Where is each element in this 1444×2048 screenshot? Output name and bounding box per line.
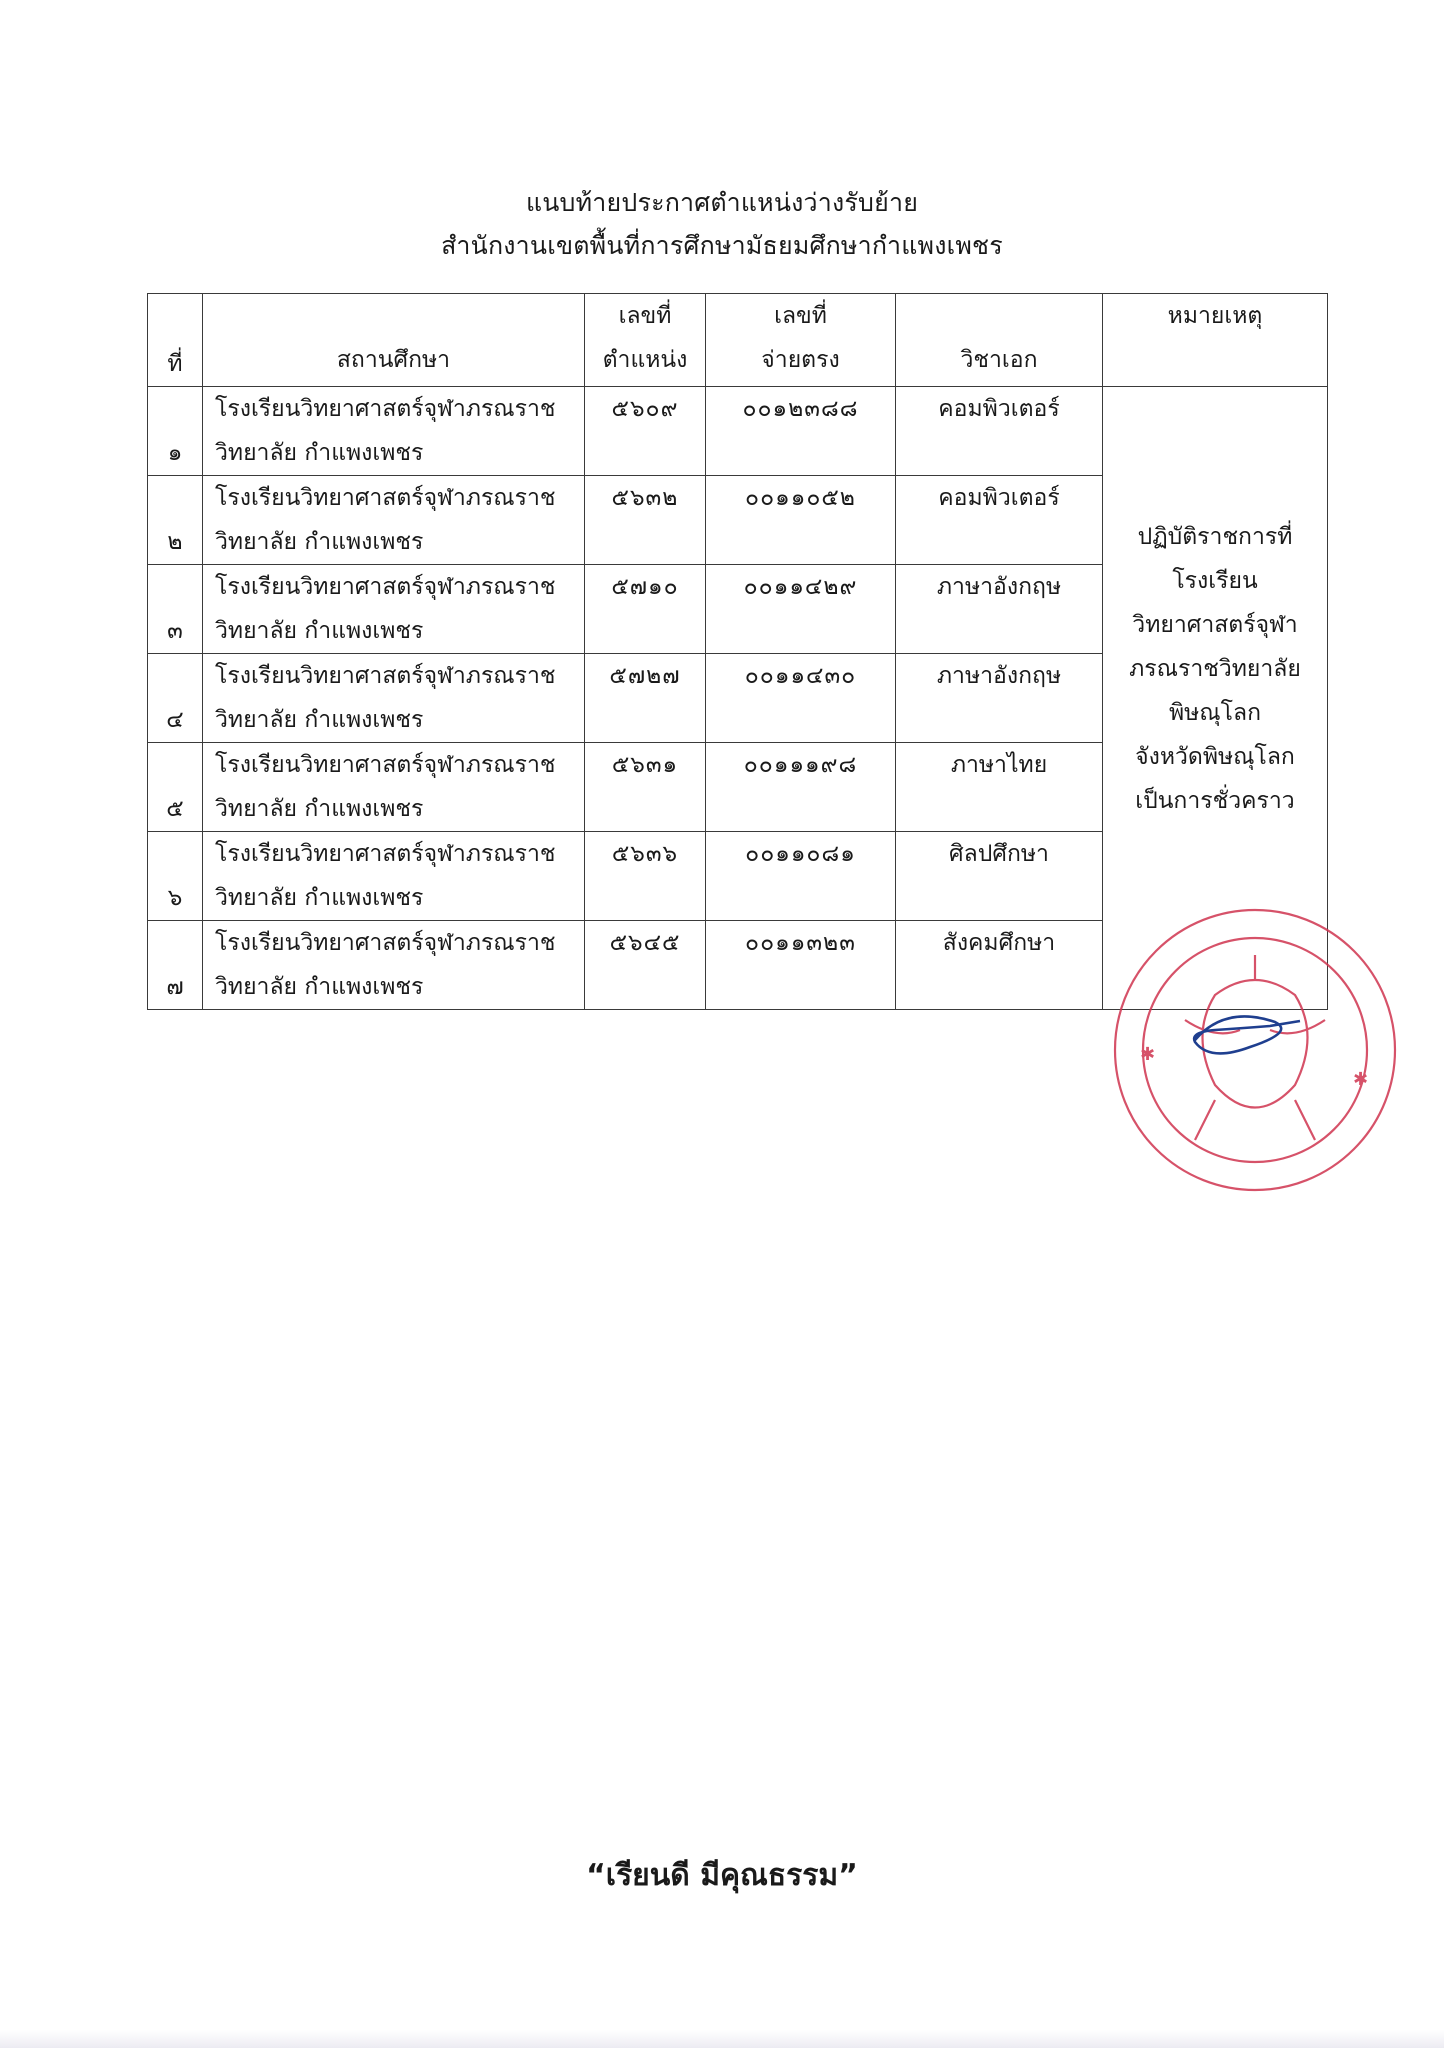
- position-number: ๕๖๓๖: [585, 832, 706, 921]
- position-number: ๕๗๑๐: [585, 565, 706, 654]
- remark-line: พิษณุโลก: [1103, 691, 1327, 735]
- remark-line: โรงเรียน: [1103, 559, 1327, 603]
- remark-line: จังหวัดพิษณุโลก: [1103, 735, 1327, 779]
- table-row: ๑โรงเรียนวิทยาศาสตร์จุฬาภรณราชวิทยาลัย ก…: [148, 387, 1328, 476]
- header-school: สถานศึกษา: [203, 294, 585, 387]
- document-subtitle: สำนักงานเขตพื้นที่การศึกษามัธยมศึกษากำแพ…: [0, 226, 1444, 266]
- payment-number: ๐๐๑๑๐๕๒: [706, 476, 896, 565]
- school-cell: โรงเรียนวิทยาศาสตร์จุฬาภรณราชวิทยาลัย กำ…: [203, 387, 585, 476]
- major-cell: ภาษาไทย: [896, 743, 1103, 832]
- school-cell: โรงเรียนวิทยาศาสตร์จุฬาภรณราชวิทยาลัย กำ…: [203, 654, 585, 743]
- school-cell: โรงเรียนวิทยาศาสตร์จุฬาภรณราชวิทยาลัย กำ…: [203, 565, 585, 654]
- row-number: ๔: [148, 654, 203, 743]
- payment-number: ๐๐๑๑๔๒๙: [706, 565, 896, 654]
- payment-number: ๐๐๑๑๔๓๐: [706, 654, 896, 743]
- header-no: ที่: [148, 294, 203, 387]
- major-cell: ศิลปศึกษา: [896, 832, 1103, 921]
- remark-line: เป็นการชั่วคราว: [1103, 779, 1327, 823]
- school-cell: โรงเรียนวิทยาศาสตร์จุฬาภรณราชวิทยาลัย กำ…: [203, 921, 585, 1010]
- payment-number: ๐๐๑๑๓๒๓: [706, 921, 896, 1010]
- position-number: ๕๖๐๙: [585, 387, 706, 476]
- row-number: ๒: [148, 476, 203, 565]
- row-number: ๓: [148, 565, 203, 654]
- vacancy-table: ที่ สถานศึกษา เลขที่ตำแหน่ง เลขที่จ่ายตร…: [147, 293, 1328, 1010]
- header-major: วิชาเอก: [896, 294, 1103, 387]
- row-number: ๖: [148, 832, 203, 921]
- row-number: ๕: [148, 743, 203, 832]
- remark-line: ปฏิบัติราชการที่: [1103, 515, 1327, 559]
- major-cell: สังคมศึกษา: [896, 921, 1103, 1010]
- payment-number: ๐๐๑๑๐๘๑: [706, 832, 896, 921]
- row-number: ๑: [148, 387, 203, 476]
- major-cell: คอมพิวเตอร์: [896, 387, 1103, 476]
- major-cell: ภาษาอังกฤษ: [896, 654, 1103, 743]
- table-header-row: ที่ สถานศึกษา เลขที่ตำแหน่ง เลขที่จ่ายตร…: [148, 294, 1328, 387]
- major-cell: ภาษาอังกฤษ: [896, 565, 1103, 654]
- document-title: แนบท้ายประกาศตำแหน่งว่างรับย้าย: [0, 183, 1444, 223]
- svg-text:✱: ✱: [1140, 1044, 1155, 1065]
- remark-cell: ปฏิบัติราชการที่โรงเรียนวิทยาศาสตร์จุฬาภ…: [1103, 387, 1328, 1010]
- major-cell: คอมพิวเตอร์: [896, 476, 1103, 565]
- school-cell: โรงเรียนวิทยาศาสตร์จุฬาภรณราชวิทยาลัย กำ…: [203, 743, 585, 832]
- row-number: ๗: [148, 921, 203, 1010]
- position-number: ๕๖๓๒: [585, 476, 706, 565]
- header-remark: หมายเหตุ: [1103, 294, 1328, 387]
- school-cell: โรงเรียนวิทยาศาสตร์จุฬาภรณราชวิทยาลัย กำ…: [203, 476, 585, 565]
- header-position-no: เลขที่ตำแหน่ง: [585, 294, 706, 387]
- remark-line: ภรณราชวิทยาลัย: [1103, 647, 1327, 691]
- remark-line: วิทยาศาสตร์จุฬา: [1103, 603, 1327, 647]
- payment-number: ๐๐๑๒๓๘๘: [706, 387, 896, 476]
- school-motto: “เรียนดี มีคุณธรรม”: [0, 1852, 1444, 1899]
- school-cell: โรงเรียนวิทยาศาสตร์จุฬาภรณราชวิทยาลัย กำ…: [203, 832, 585, 921]
- svg-text:✱: ✱: [1353, 1069, 1368, 1090]
- header-payment-no: เลขที่จ่ายตรง: [706, 294, 896, 387]
- payment-number: ๐๐๑๑๑๙๘: [706, 743, 896, 832]
- position-number: ๕๖๔๕: [585, 921, 706, 1010]
- scan-edge: [0, 2030, 1444, 2048]
- position-number: ๕๖๓๑: [585, 743, 706, 832]
- position-number: ๕๗๒๗: [585, 654, 706, 743]
